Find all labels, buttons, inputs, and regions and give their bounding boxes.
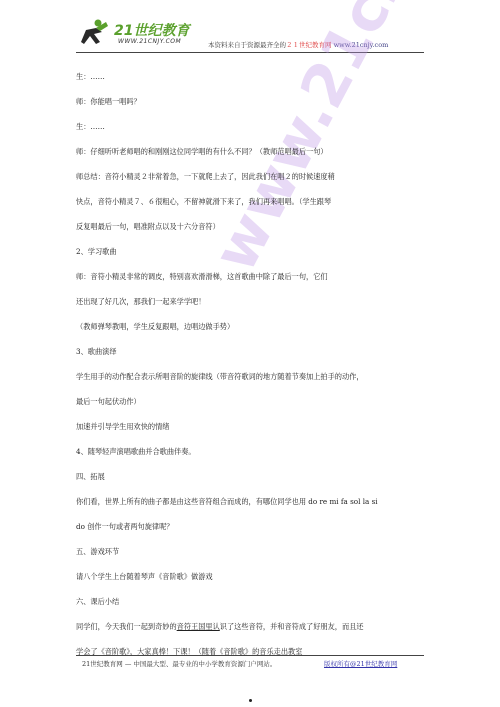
page-marker bbox=[249, 699, 252, 702]
section-heading: 4、随琴轻声演唱歌曲并合歌曲伴奏。 bbox=[76, 439, 436, 464]
section-heading: 五、游戏环节 bbox=[76, 539, 436, 564]
runner-logo-icon bbox=[80, 18, 110, 46]
page-header: 21世纪教育 WWW.21CNJY.COM 本资料来自于资源最齐全的２１世纪教育… bbox=[76, 14, 424, 53]
document-body: 生：…… 师：你能唱一唱吗？ 生：…… 师：仔细听听老师唱的和刚刚这位同学唱的有… bbox=[76, 64, 436, 664]
text-line: 生：…… bbox=[76, 64, 436, 89]
text-line: 师：音符小精灵非常的调皮，特别喜欢滑滑梯，这首歌曲中除了最后一句，它们 bbox=[76, 264, 436, 289]
header-note-prefix: 本资料来自于资源最齐全的 bbox=[208, 41, 286, 49]
text-line: 快点，音符小精灵７、６很粗心，不留神就滑下来了，我们再来唱唱。（学生跟琴 bbox=[76, 189, 436, 214]
section-heading: 2、学习歌曲 bbox=[76, 239, 436, 264]
text-line: 师：仔细听听老师唱的和刚刚这位同学唱的有什么不同？（教师范唱最后一句） bbox=[76, 139, 436, 164]
closing-post: 识了这些音符，并和音符成了好朋友，而且还 bbox=[220, 622, 364, 631]
section-heading: 六、课后小结 bbox=[76, 589, 436, 614]
text-line: 加速并引导学生用欢快的情绪 bbox=[76, 414, 436, 439]
text-line: （教师弹琴教唱，学生反复跟唱，边唱边做手势） bbox=[76, 314, 436, 339]
header-note-site: ２１世纪教育网 bbox=[286, 41, 332, 49]
text-line: 你们看，世界上所有的曲子都是由这些音符组合而成的，有哪位同学也用 do re m… bbox=[76, 489, 436, 514]
text-line: 反复唱最后一句，唱准附点以及十六分音符） bbox=[76, 214, 436, 239]
copyright-link[interactable]: 版权所有@21世纪教育网 bbox=[324, 659, 397, 668]
header-note-url[interactable]: www.21cnjy.com bbox=[334, 41, 389, 49]
section-heading: 3、歌曲演绎 bbox=[76, 339, 436, 364]
text-line: 师：你能唱一唱吗？ bbox=[76, 89, 436, 114]
text-line: 请八个学生上台随着琴声《音阶歌》做游戏 bbox=[76, 564, 436, 589]
closing-pre: 同学们，今天我们一起到奇妙的 bbox=[76, 622, 177, 631]
text-line: 学生用手的动作配合表示所唱音阶的旋律线（带音符歌词的地方随着节奏加上拍手的动作， bbox=[76, 364, 436, 389]
text-line: 生：…… bbox=[76, 114, 436, 139]
logo-url-text: WWW.21CNJY.COM bbox=[118, 38, 181, 45]
text-line: 师总结：音符小精灵２非常着急，一下就爬上去了，因此我们在唱２的时候速度稍 bbox=[76, 164, 436, 189]
site-logo: 21世纪教育 WWW.21CNJY.COM bbox=[80, 14, 200, 50]
footer-text: 21世纪教育网 — 中国最大型、最专业的中小学教育资源门户网站。 bbox=[82, 659, 276, 668]
text-line: 还出现了好几次，那我们一起来学学吧！ bbox=[76, 289, 436, 314]
text-line: do 创作一句或者两句旋律呢？ bbox=[76, 514, 436, 539]
closing-underlined: 音符王国里认 bbox=[177, 622, 220, 631]
logo-brand-text: 21世纪教育 bbox=[114, 20, 189, 40]
page-footer: 21世纪教育网 — 中国最大型、最专业的中小学教育资源门户网站。 版权所有@21… bbox=[76, 655, 424, 656]
text-line: 最后一句起伏动作） bbox=[76, 389, 436, 414]
header-note: 本资料来自于资源最齐全的２１世纪教育网 www.21cnjy.com bbox=[208, 40, 388, 49]
section-heading: 四、拓展 bbox=[76, 464, 436, 489]
closing-line: 同学们，今天我们一起到奇妙的音符王国里认识了这些音符，并和音符成了好朋友，而且还 bbox=[76, 614, 436, 639]
